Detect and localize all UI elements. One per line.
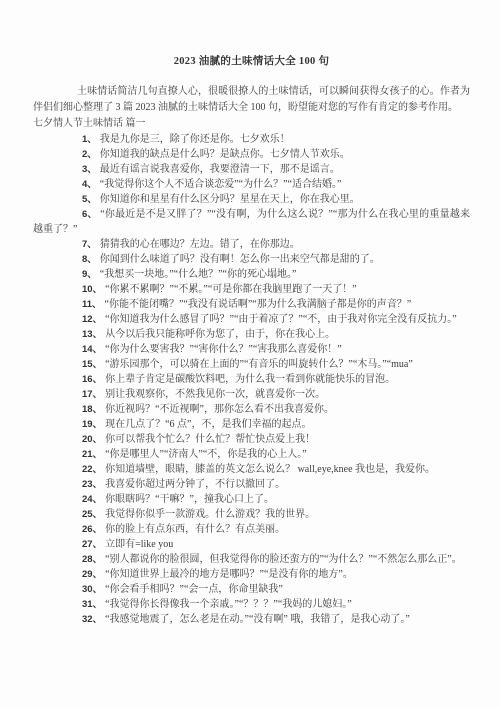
item-number: 15、 <box>82 359 102 370</box>
list-item: 16、你上辈子肯定是碳酸饮料吧，为什么我一看到你就能快乐的冒泡。 <box>33 372 470 387</box>
item-text: 从今以后我只能称呼你为您了，由于，你在我心上。 <box>105 329 335 340</box>
document-page: 2023 油腻的土味情话大全 100 句 土味情话简洁几句直撩人心，很暖很撩人的… <box>0 0 500 707</box>
item-number: 5、 <box>82 194 97 205</box>
list-item: 11、“你能不能闭嘴？”“我没有说话啊”“那为什么我满脑子都是你的声音？” <box>33 297 470 312</box>
list-item: 29、“你知道世界上最冷的地方是哪吗？”“是没有你的地方”。 <box>33 567 470 582</box>
item-number: 27、 <box>82 539 102 550</box>
item-number: 9、 <box>82 269 97 280</box>
list-item: 15、“游乐园那个，可以骑在上面的”“有音乐的叫旋转什么？”“木马。”“mua” <box>33 357 470 372</box>
item-text: 现在几点了？“6 点”，不，是我们幸福的起点。 <box>105 419 311 430</box>
item-text: “我感觉地震了，怎么老是在动。”“没有啊” 哦，我错了，是我心动了。” <box>105 614 410 625</box>
item-number: 29、 <box>82 569 102 580</box>
item-number: 4、 <box>82 179 97 190</box>
item-number: 19、 <box>82 419 102 430</box>
item-text: “你最近是不是又胖了？”“没有啊，为什么这么说？”“那为什么在我心里的重量越来越… <box>33 209 470 235</box>
item-text: “你是哪里人”“济南人”“不，你是我的心上人。” <box>105 449 307 460</box>
list-item: 32、“我感觉地震了，怎么老是在动。”“没有啊” 哦，我错了，是我心动了。” <box>33 612 470 627</box>
item-number: 16、 <box>82 374 102 385</box>
item-number: 6、 <box>82 209 97 220</box>
item-number: 17、 <box>82 389 102 400</box>
list-item: 12、“你知道我为什么感冒了吗？”“由于着凉了？”“不，由于我对你完全没有反抗力… <box>33 312 470 327</box>
list-item: 17、别让我观察你，不然我见你一次，就喜爱你一次。 <box>33 387 470 402</box>
item-number: 7、 <box>82 239 97 250</box>
item-number: 20、 <box>82 434 102 445</box>
list-item: 27、立即有=like you <box>33 537 470 552</box>
item-text: 别让我观察你，不然我见你一次，就喜爱你一次。 <box>105 389 325 400</box>
list-item: 3、最近有谣言说我喜爱你，我要澄清一下，那不是谣言。 <box>33 162 470 177</box>
item-text: 你知道墙壁，眼睛，膝盖的英文怎么说么？ wall,eye,knee 我也是，我爱… <box>105 464 435 475</box>
list-item: 5、你知道你和星星有什么区分吗？星星在天上，你在我心里。 <box>33 192 470 207</box>
item-text: 你知道我的缺点是什么吗？是缺点你。七夕情人节欢乐。 <box>100 149 350 160</box>
item-number: 24、 <box>82 494 102 505</box>
item-text: 我觉得你似乎一款游戏。什么游戏？我的世界。 <box>105 509 315 520</box>
item-text: “你为什么要害我？”“害你什么？”“害我那么喜爱你！” <box>105 344 342 355</box>
list-item: 28、“别人都说你的脸很圆，但我觉得你的脸还蛮方的”“为什么？”“不然怎么那么正… <box>33 552 470 567</box>
item-number: 26、 <box>82 524 102 535</box>
phrase-list: 1、我是九你是三，除了你还是你。七夕欢乐！ 2、你知道我的缺点是什么吗？是缺点你… <box>33 132 470 627</box>
list-item: 24、你眼瞎吗？“干嘛？”，撞我心口上了。 <box>33 492 470 507</box>
list-item: 14、“你为什么要害我？”“害你什么？”“害我那么喜爱你！” <box>33 342 470 357</box>
list-item: 31、“我觉得你长得像我一个亲戚。”“？？？”“我妈的儿媳妇。” <box>33 597 470 612</box>
list-item: 7、猜猜我的心在哪边？左边。错了，在你那边。 <box>33 237 470 252</box>
list-item: 6、“你最近是不是又胖了？”“没有啊，为什么这么说？”“那为什么在我心里的重量越… <box>33 207 470 237</box>
item-text: 你近视吗？“不近视啊”，那你怎么看不出我喜爱你。 <box>105 404 334 415</box>
item-number: 8、 <box>82 254 97 265</box>
item-number: 18、 <box>82 404 102 415</box>
list-item: 21、“你是哪里人”“济南人”“不，你是我的心上人。” <box>33 447 470 462</box>
item-text: 我喜爱你超过两分钟了，不行以撤回了。 <box>105 479 285 490</box>
item-number: 31、 <box>82 599 102 610</box>
item-number: 28、 <box>82 554 102 565</box>
item-text: “我想买一块地。”“什么地？”“你的死心塌地。” <box>100 269 297 280</box>
item-text: “你知道我为什么感冒了吗？”“由于着凉了？”“不，由于我对你完全没有反抗力。” <box>105 314 457 325</box>
document-title: 2023 油腻的土味情话大全 100 句 <box>33 54 470 69</box>
item-number: 11、 <box>82 299 102 310</box>
item-text: 你眼瞎吗？“干嘛？”，撞我心口上了。 <box>105 494 274 505</box>
list-item: 8、你闻到什么味道了吗？没有啊！怎么你一出来空气都是甜的了。 <box>33 252 470 267</box>
item-number: 2、 <box>82 149 97 160</box>
item-text: “游乐园那个，可以骑在上面的”“有音乐的叫旋转什么？”“木马。”“mua” <box>105 359 413 370</box>
item-text: 你的脸上有点东西，有什么？有点美丽。 <box>105 524 285 535</box>
item-number: 25、 <box>82 509 102 520</box>
list-item: 26、你的脸上有点东西，有什么？有点美丽。 <box>33 522 470 537</box>
item-text: 你可以帮我个忙么？什么忙？帮忙快点爱上我！ <box>105 434 315 445</box>
list-item: 4、“我觉得你这个人不适合谈恋爱”“为什么？”“适合结婚。” <box>33 177 470 192</box>
list-item: 2、你知道我的缺点是什么吗？是缺点你。七夕情人节欢乐。 <box>33 147 470 162</box>
item-text: 你闻到什么味道了吗？没有啊！怎么你一出来空气都是甜的了。 <box>100 254 380 265</box>
item-text: 你上辈子肯定是碳酸饮料吧，为什么我一看到你就能快乐的冒泡。 <box>105 374 395 385</box>
item-number: 1、 <box>82 134 97 145</box>
item-number: 30、 <box>82 584 102 595</box>
item-number: 14、 <box>82 344 102 355</box>
list-item: 10、“你累不累啊？”“不累。”“可是你都在我脑里跑了一天了！” <box>33 282 470 297</box>
item-number: 3、 <box>82 164 97 175</box>
item-number: 13、 <box>82 329 102 340</box>
item-text: 最近有谣言说我喜爱你，我要澄清一下，那不是谣言。 <box>100 164 340 175</box>
item-number: 23、 <box>82 479 102 490</box>
item-text: “我觉得你长得像我一个亲戚。”“？？？”“我妈的儿媳妇。” <box>105 599 352 610</box>
item-number: 21、 <box>82 449 102 460</box>
item-text: “别人都说你的脸很圆，但我觉得你的脸还蛮方的”“为什么？”“不然怎么那么正”。 <box>105 554 462 565</box>
list-item: 23、我喜爱你超过两分钟了，不行以撤回了。 <box>33 477 470 492</box>
item-text: “你能不能闭嘴？”“我没有说话啊”“那为什么我满脑子都是你的声音？” <box>105 299 412 310</box>
item-text: “你会看手相吗？”“会一点，你命里缺我” <box>105 584 283 595</box>
list-item: 1、我是九你是三，除了你还是你。七夕欢乐！ <box>33 132 470 147</box>
section-heading: 七夕情人节土味情话 篇一 <box>33 116 470 132</box>
list-item: 20、你可以帮我个忙么？什么忙？帮忙快点爱上我！ <box>33 432 470 447</box>
item-text: “你累不累啊？”“不累。”“可是你都在我脑里跑了一天了！” <box>105 284 357 295</box>
item-number: 32、 <box>82 614 102 625</box>
list-item: 13、从今以后我只能称呼你为您了，由于，你在我心上。 <box>33 327 470 342</box>
item-text: 我是九你是三，除了你还是你。七夕欢乐！ <box>100 134 290 145</box>
list-item: 19、现在几点了？“6 点”，不，是我们幸福的起点。 <box>33 417 470 432</box>
item-number: 10、 <box>82 284 102 295</box>
list-item: 30、“你会看手相吗？”“会一点，你命里缺我” <box>33 582 470 597</box>
item-text: “你知道世界上最冷的地方是哪吗？”“是没有你的地方”。 <box>105 569 353 580</box>
item-text: 猜猜我的心在哪边？左边。错了，在你那边。 <box>100 239 300 250</box>
list-item: 22、你知道墙壁，眼睛，膝盖的英文怎么说么？ wall,eye,knee 我也是… <box>33 462 470 477</box>
item-number: 22、 <box>82 464 102 475</box>
list-item: 9、“我想买一块地。”“什么地？”“你的死心塌地。” <box>33 267 470 282</box>
item-text: 立即有=like you <box>105 539 173 550</box>
list-item: 25、我觉得你似乎一款游戏。什么游戏？我的世界。 <box>33 507 470 522</box>
item-text: “我觉得你这个人不适合谈恋爱”“为什么？”“适合结婚。” <box>100 179 342 190</box>
item-text: 你知道你和星星有什么区分吗？星星在天上，你在我心里。 <box>100 194 360 205</box>
list-item: 18、你近视吗？“不近视啊”，那你怎么看不出我喜爱你。 <box>33 402 470 417</box>
item-number: 12、 <box>82 314 102 325</box>
intro-paragraph: 土味情话简洁几句直撩人心，很暖很撩人的土味情话，可以瞬间获得女孩子的心。作者为伴… <box>33 84 470 115</box>
